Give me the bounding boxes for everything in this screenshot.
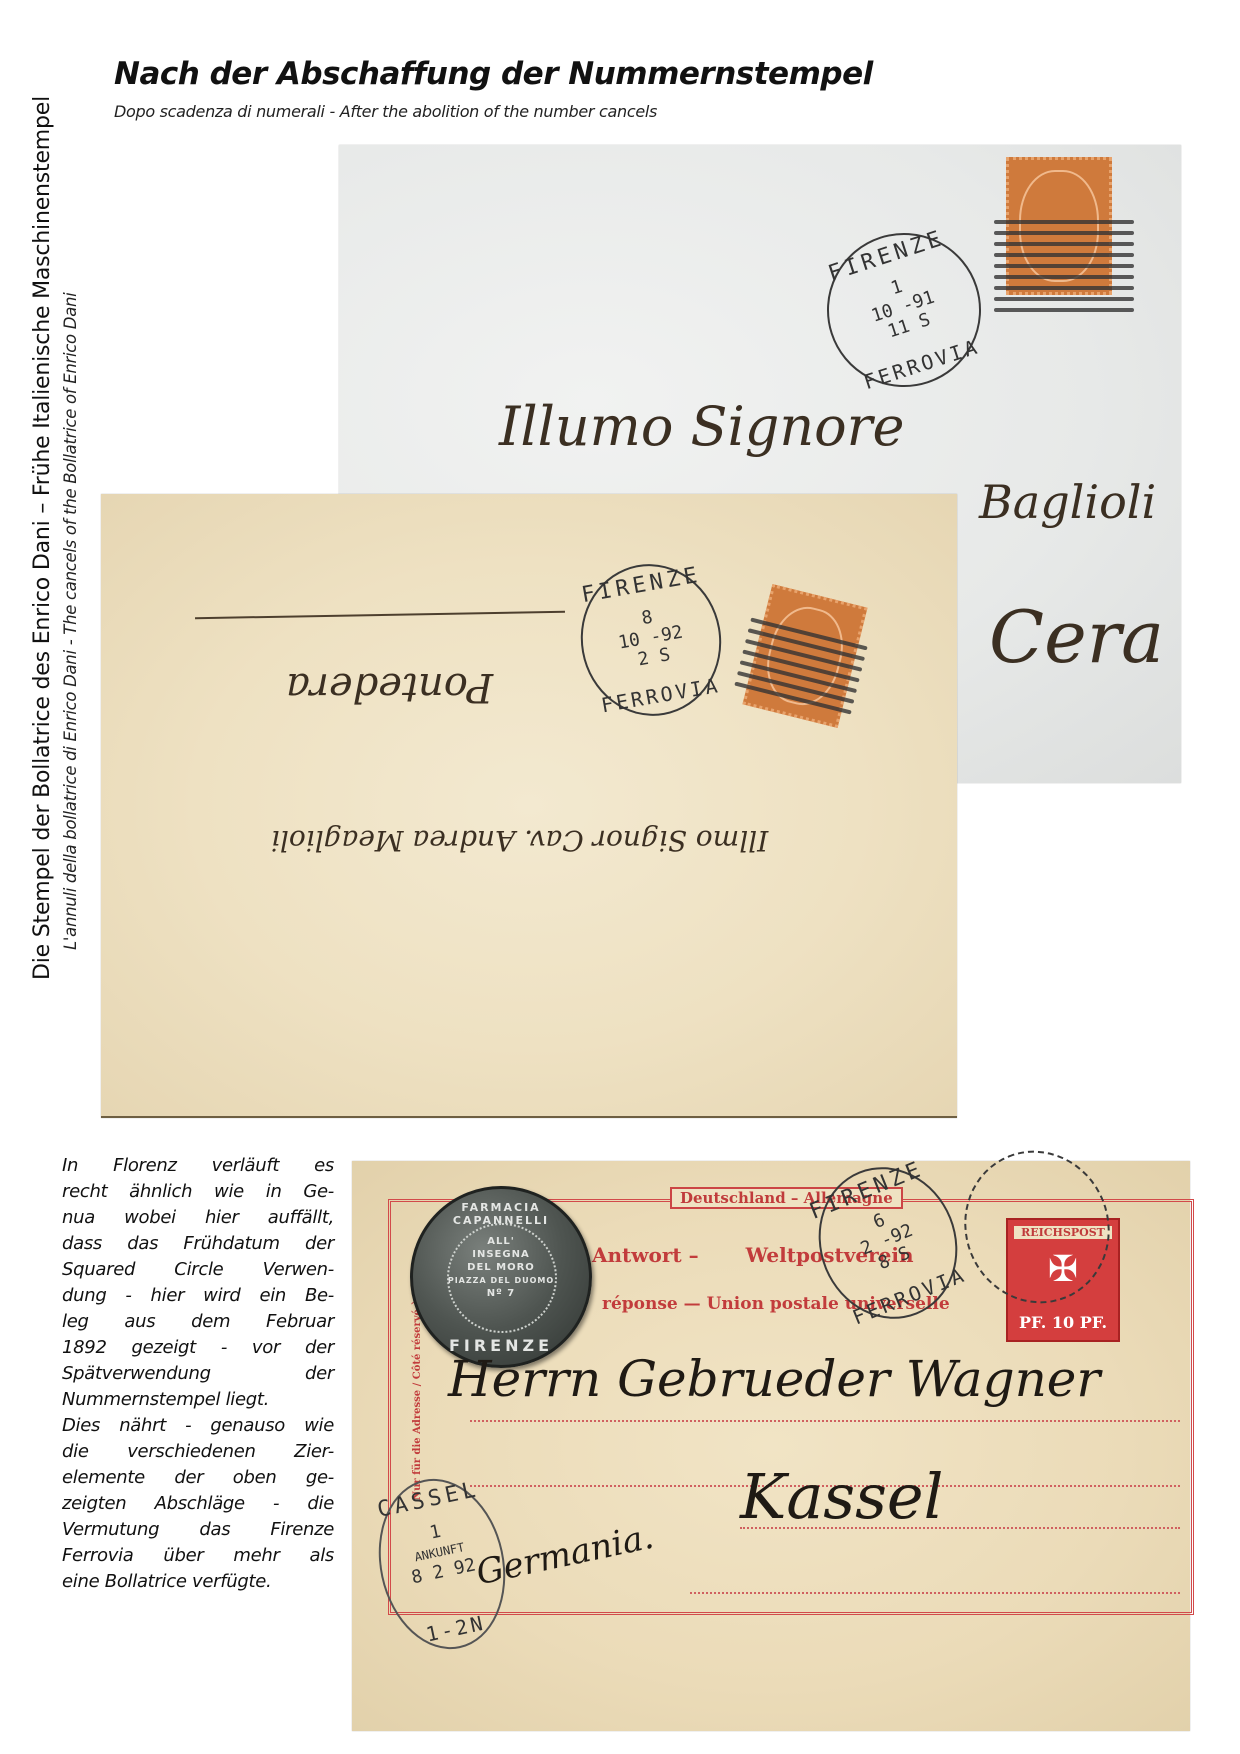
page-title: Nach der Abschaffung der Nummernstempel [114,56,873,92]
handwriting-line: Cera [989,595,1164,679]
page-subtitle: Dopo scadenza di numerali - After the ab… [114,102,657,121]
handwriting-line: Baglioli [979,475,1156,529]
postmark-firenze-ferrovia-1: FIRENZE 1 10 -91 11 S FERROVIA [807,213,1001,407]
handwriting-city: Kassel [740,1460,943,1533]
address-line [470,1420,1180,1422]
side-title-main: Die Stempel der Bollatrice des Enrico Da… [28,50,58,980]
body-paragraph: In Florenz verläuft es recht ähnlich wie… [62,1153,334,1595]
numeral-cancel-icon [994,213,1134,319]
side-title-sub: L'annuli della bollatrice di Enrico Dani… [60,50,82,950]
postmark-firenze-ferrovia-2: FIRENZE 8 10 -92 2 S FERROVIA [569,553,733,727]
handwriting-line: Pontedera [286,664,493,710]
side-title: Die Stempel der Bollatrice des Enrico Da… [28,50,82,980]
cover-2-image: FIRENZE 8 10 -92 2 S FERROVIA Pontedera … [101,494,957,1118]
pharmacy-seal: FARMACIA CAPANNELLI ALL' INSEGNA DEL MOR… [410,1186,592,1368]
address-line [690,1592,1180,1594]
underline-stroke [195,611,565,619]
handwriting-line: Illmo Signor Cav. Andrea Meaglioli [271,824,768,857]
handwriting-line: Illumo Signore [499,395,904,458]
handwriting-addressee: Herrn Gebrueder Wagner [448,1350,1100,1408]
